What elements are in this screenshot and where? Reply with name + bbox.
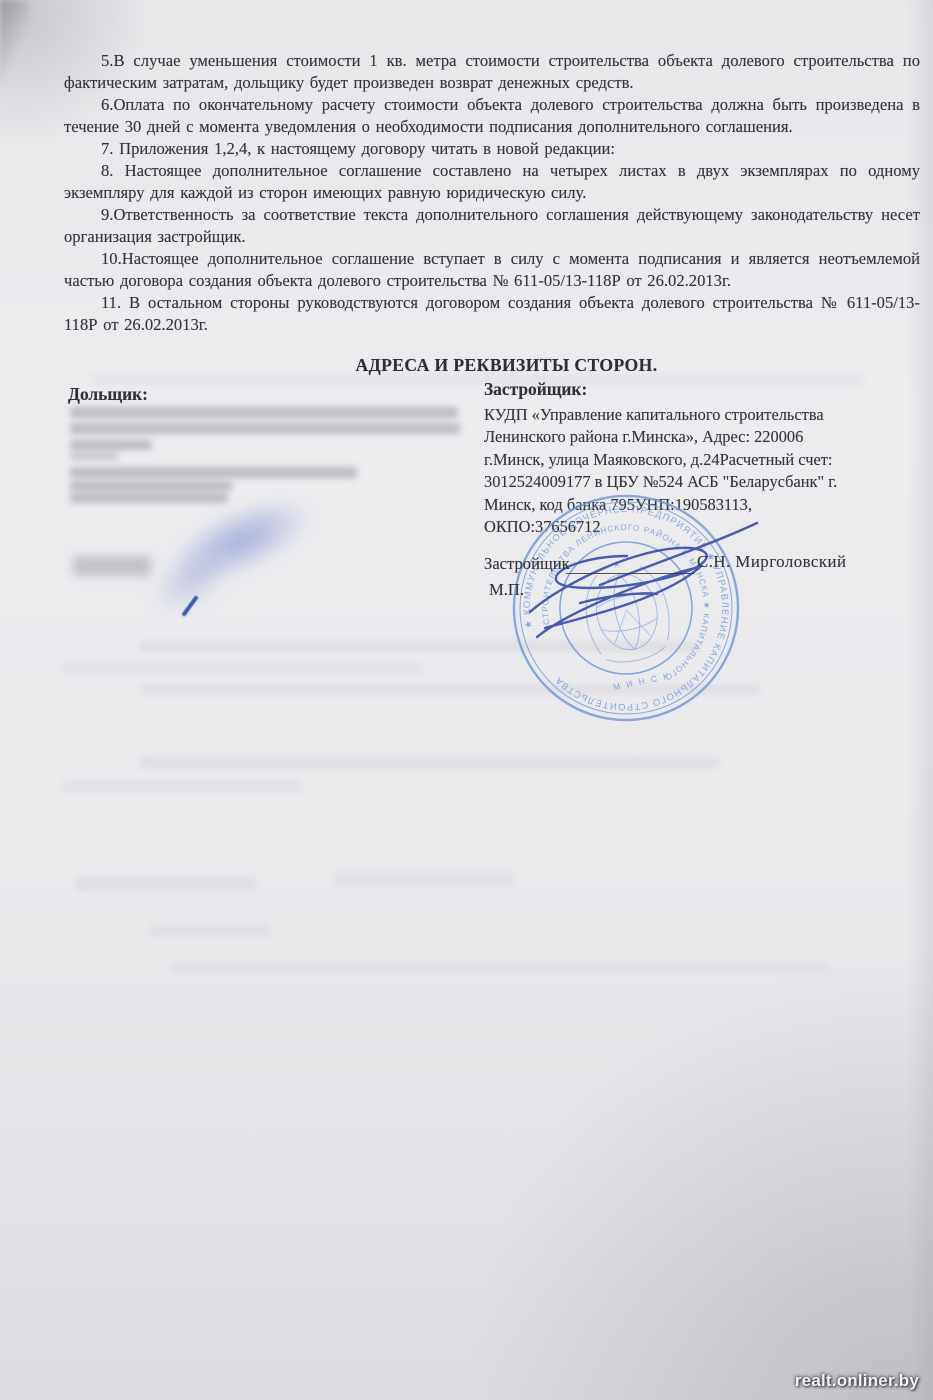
- clause-8: 8. Настоящее дополнительное соглашение с…: [64, 160, 920, 204]
- holder-ink-mark: [181, 595, 198, 617]
- holder-signature-smudge: [138, 537, 242, 627]
- bleedthrough-ghost-line: [335, 872, 515, 886]
- bleedthrough-ghost-line: [75, 877, 255, 891]
- requisites-heading: АДРЕСА И РЕКВИЗИТЫ СТОРОН.: [40, 355, 933, 376]
- developer-requisites-line: Ленинского района г.Минска», Адрес: 2200…: [484, 426, 884, 448]
- bleedthrough-ghost-line: [170, 962, 830, 973]
- page-corner-shadow: [0, 0, 30, 90]
- developer-requisites-line: КУДП «Управление капитального строительс…: [484, 404, 884, 426]
- seal-place-label: М.П.: [489, 580, 524, 600]
- signer-name: С.Н. Мирголовский: [697, 552, 846, 572]
- redacted-text-line: [70, 452, 118, 460]
- contract-clauses: 5.В случае уменьшения стоимости 1 кв. ме…: [64, 50, 920, 336]
- developer-label: Застройщик:: [484, 379, 587, 400]
- redacted-text-line: [70, 481, 232, 491]
- bleedthrough-ghost-line: [150, 925, 270, 936]
- developer-signature-ink: [495, 508, 785, 658]
- clause-10: 10.Настоящее дополнительное соглашение в…: [64, 248, 920, 292]
- site-watermark: realt.onliner.by: [795, 1371, 919, 1391]
- developer-signature-caption: Застройщик: [484, 554, 570, 574]
- redacted-text-line: [70, 423, 460, 434]
- redacted-text-line: [70, 440, 152, 450]
- redacted-text-line: [70, 467, 357, 478]
- clause-5: 5.В случае уменьшения стоимости 1 кв. ме…: [64, 50, 920, 94]
- redacted-holder-signature-label: [73, 556, 151, 576]
- redacted-text-line: [70, 407, 458, 418]
- developer-requisites-line: г.Минск, улица Маяковского, д.24Расчетны…: [484, 449, 884, 471]
- clause-9: 9.Ответственность за соответствие текста…: [64, 204, 920, 248]
- bleedthrough-ghost-line: [62, 663, 422, 674]
- redacted-text-line: [70, 493, 228, 503]
- bleedthrough-ghost-line: [140, 757, 720, 768]
- clause-11: 11. В остальном стороны руководствуются …: [64, 292, 920, 336]
- signature-line: [566, 573, 694, 574]
- bleedthrough-ghost-line: [62, 781, 302, 792]
- clause-7: 7. Приложения 1,2,4, к настоящему догово…: [64, 138, 920, 160]
- holder-label: Дольщик:: [68, 384, 148, 405]
- clause-6: 6.Оплата по окончательному расчету стоим…: [64, 94, 920, 138]
- scanned-document-page: 5.В случае уменьшения стоимости 1 кв. ме…: [0, 0, 933, 1400]
